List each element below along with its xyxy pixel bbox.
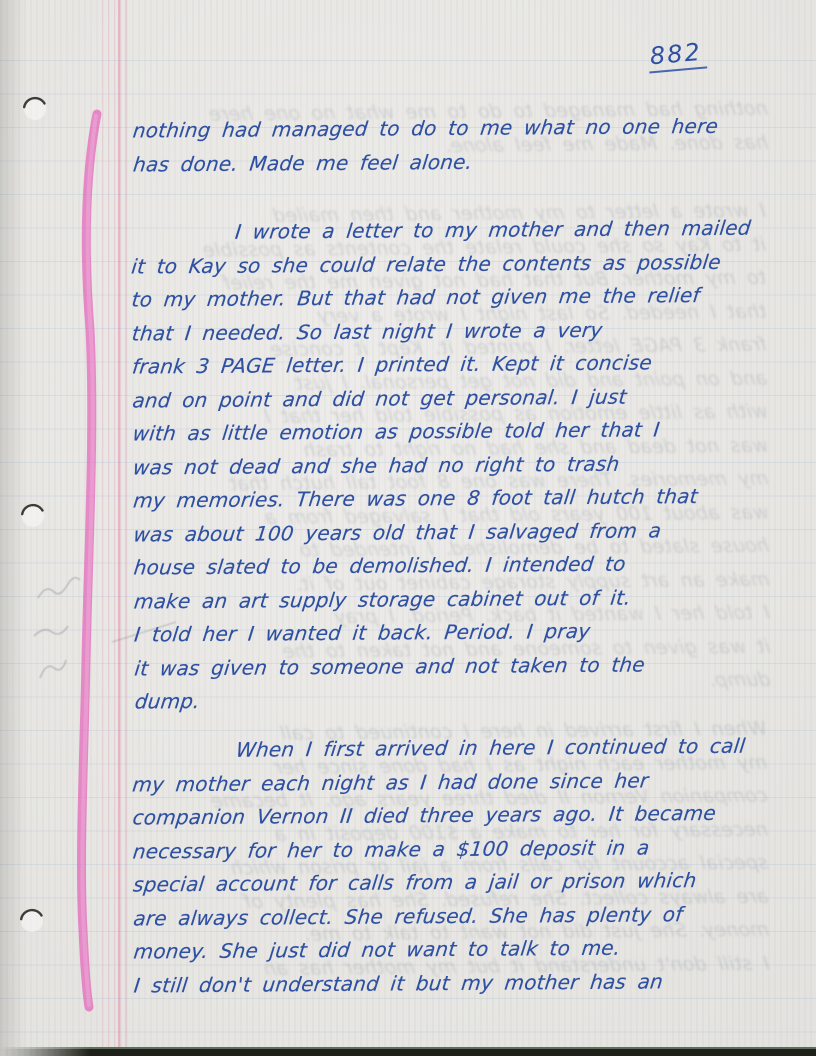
- scanned-letter-page: nothing had managed to do to me what no …: [0, 0, 816, 1056]
- scan-left-edge-shadow: [0, 0, 26, 1056]
- handwritten-line: frank 3 PAGE letter. I printed it. Kept …: [130, 345, 782, 384]
- handwritten-line: nothing had managed to do to me what no …: [131, 109, 783, 148]
- handwritten-line: was about 100 years old that I salvaged …: [132, 513, 784, 552]
- handwritten-line: has done. Made me feel alone.: [131, 143, 783, 182]
- handwritten-line: to my mother. But that had not given me …: [130, 278, 782, 317]
- handwritten-line: it to Kay so she could relate the conten…: [130, 245, 782, 284]
- handwritten-line: my mother each night as I had done since…: [130, 763, 782, 802]
- margin-rule-line: [118, 0, 120, 1056]
- handwritten-line: I wrote a letter to my mother and then m…: [129, 211, 781, 250]
- margin-rule-line-faint: [125, 0, 126, 1056]
- handwritten-line: dump.: [133, 680, 785, 719]
- handwritten-line: was not dead and she had no right to tra…: [131, 446, 783, 485]
- handwritten-line: with as little emotion as possible told …: [131, 412, 783, 451]
- handwritten-line: When I first arrived in here I continued…: [130, 729, 782, 768]
- handwritten-line: I still don't understand it but my mothe…: [132, 964, 784, 1003]
- handwritten-line: money. She just did not want to talk to …: [132, 930, 784, 969]
- handwritten-line: special account for calls from a jail or…: [131, 863, 783, 902]
- handwritten-line: and on point and did not get personal. I…: [131, 379, 783, 418]
- handwritten-line: my memories. There was one 8 foot tall h…: [131, 479, 783, 518]
- page-number: 882: [647, 38, 707, 74]
- handwritten-line: are always collect. She refused. She has…: [132, 897, 784, 936]
- handwritten-line: I told her I wanted it back. Period. I p…: [132, 613, 784, 652]
- paragraph-1: nothing had managed to do to me what no …: [131, 109, 780, 181]
- paragraph-3: When I first arrived in here I continued…: [130, 729, 780, 1002]
- scan-bottom-edge: [0, 1047, 816, 1056]
- handwritten-line: companion Vernon II died three years ago…: [131, 796, 783, 835]
- handwritten-line: it was given to someone and not taken to…: [133, 647, 785, 686]
- handwritten-line: necessary for her to make a $100 deposit…: [131, 830, 783, 869]
- handwritten-line: that I needed. So last night I wrote a v…: [130, 312, 782, 351]
- handwritten-line: house slated to be demolished. I intende…: [132, 546, 784, 585]
- paragraph-2: I wrote a letter to my mother and then m…: [129, 211, 781, 719]
- handwritten-line: make an art supply storage cabinet out o…: [132, 580, 784, 619]
